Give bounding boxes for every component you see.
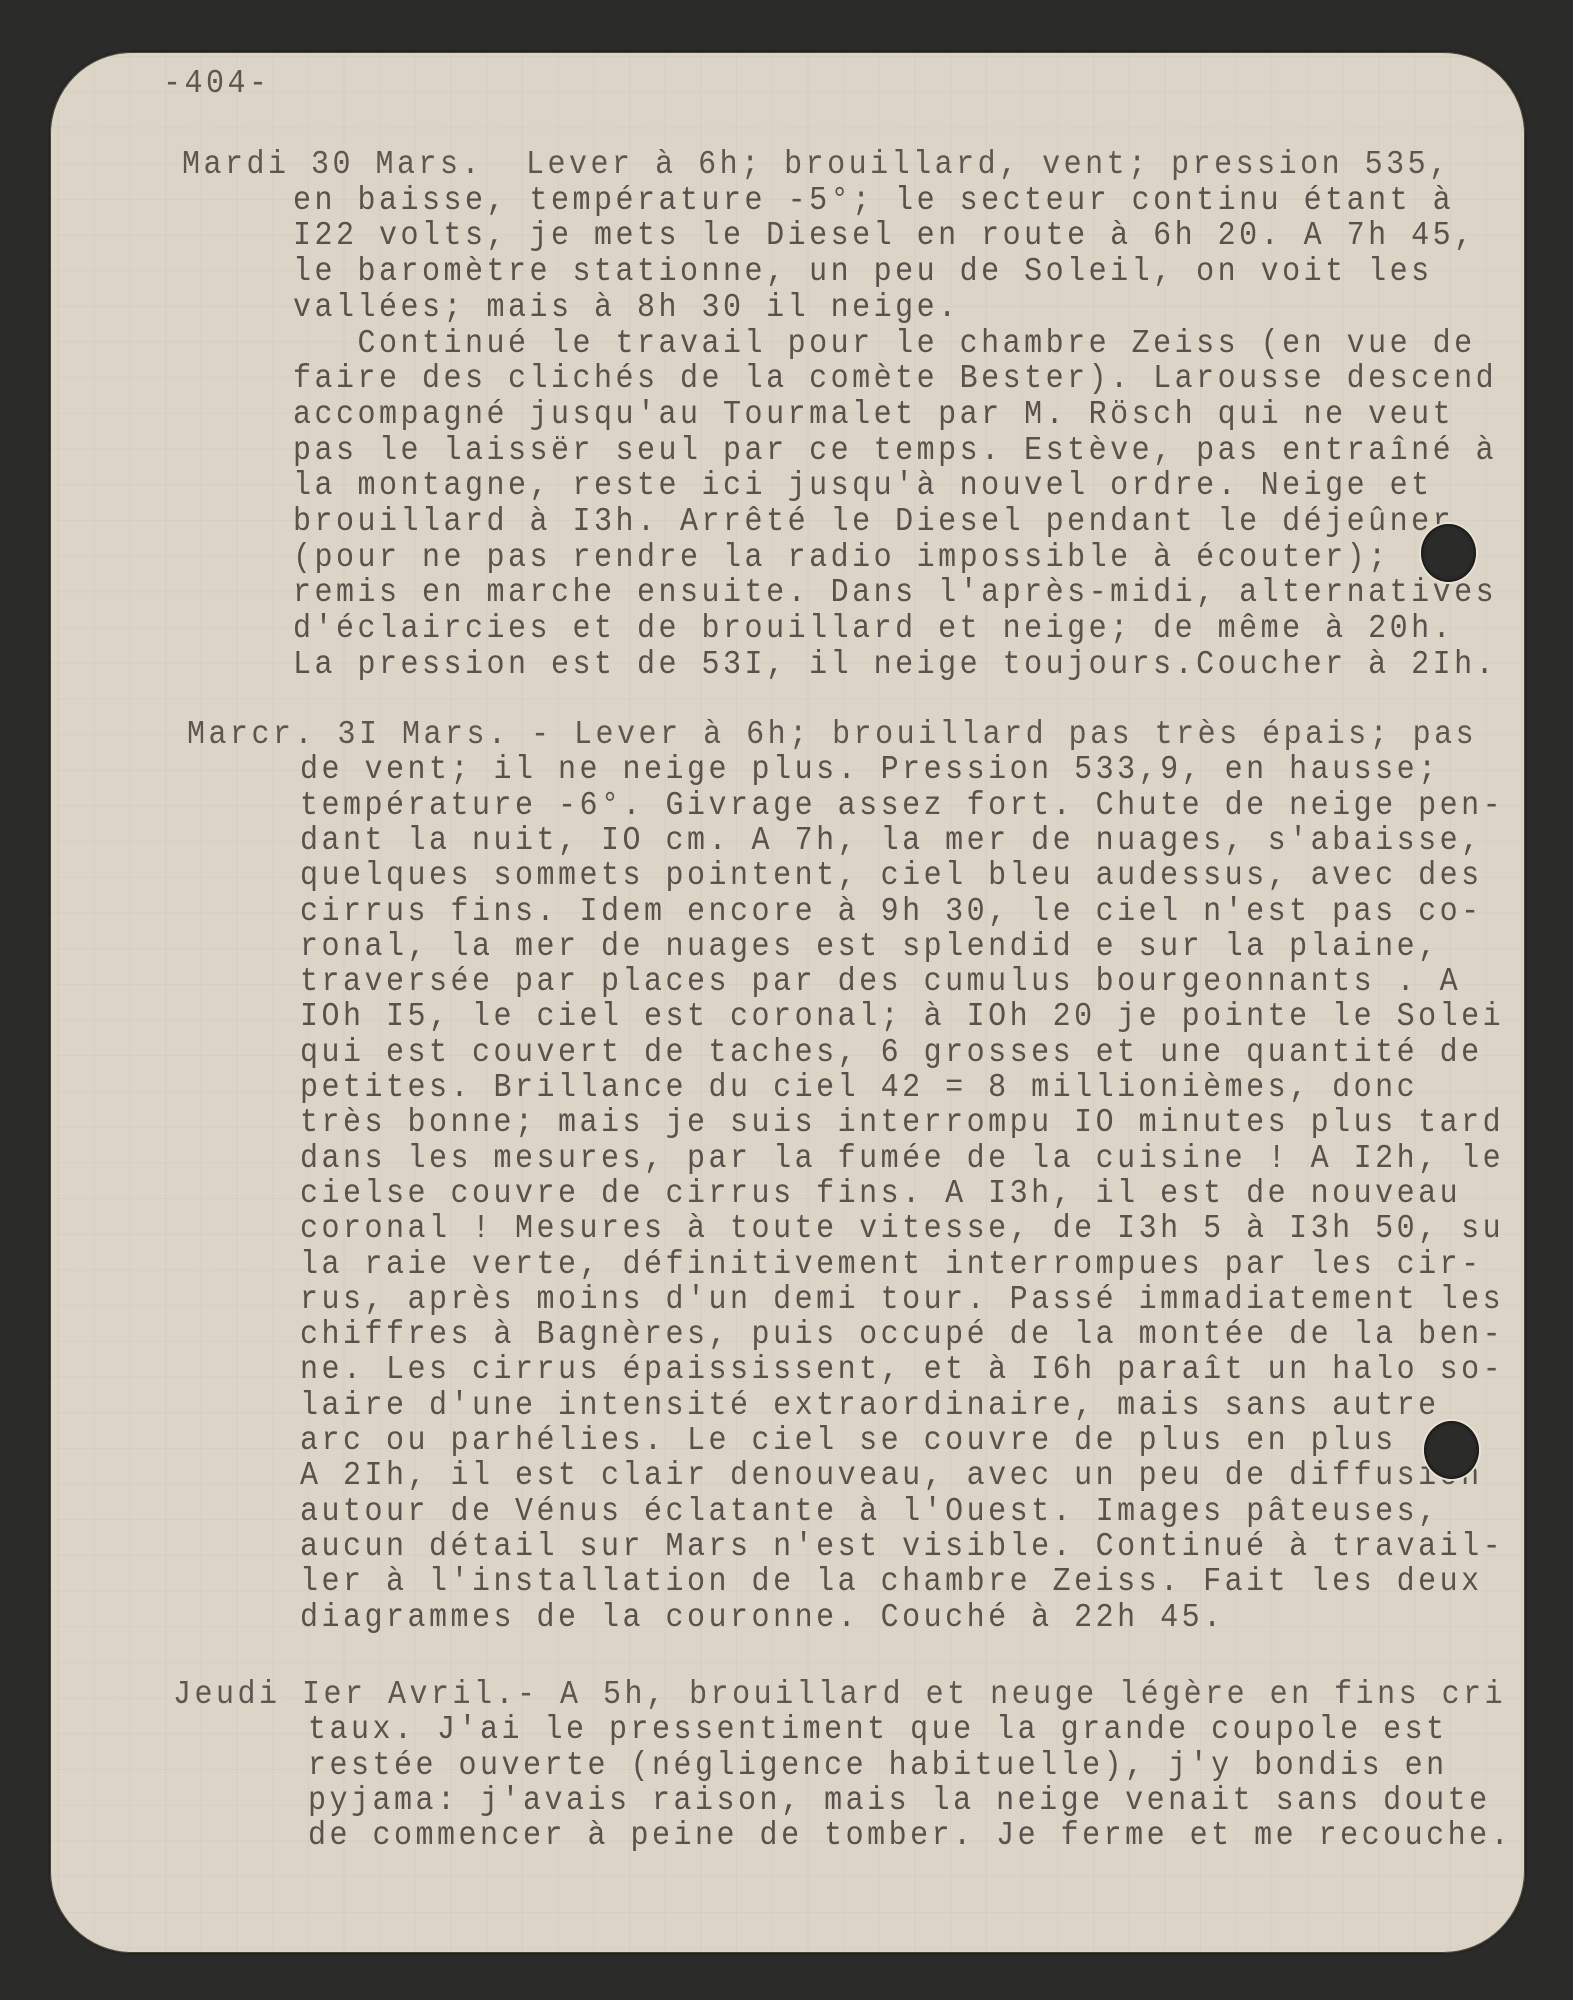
entry-line: cirrus fins. Idem encore à 9h 30, le cie… bbox=[300, 891, 1483, 931]
entry-line: (pour ne pas rendre la radio impossible … bbox=[293, 538, 1390, 578]
punch-hole-upper bbox=[1421, 524, 1476, 582]
entry-line: qui est couvert de taches, 6 grosses et … bbox=[300, 1033, 1483, 1073]
entry-line: ler à l'installation de la chambre Zeiss… bbox=[300, 1562, 1483, 1602]
punch-hole-lower bbox=[1424, 1421, 1479, 1479]
entry-line: I22 volts, je mets le Diesel en route à … bbox=[293, 216, 1476, 256]
entry-line: remis en marche ensuite. Dans l'après-mi… bbox=[293, 573, 1497, 613]
entry-line: en baisse, température -5°; le secteur c… bbox=[293, 181, 1454, 221]
entry-line: température -6°. Givrage assez fort. Chu… bbox=[300, 785, 1504, 825]
entry-line: IOh I5, le ciel est coronal; à IOh 20 je… bbox=[300, 997, 1504, 1037]
entry-line: brouillard à I3h. Arrêté le Diesel penda… bbox=[293, 502, 1454, 542]
entry-line: la raie verte, définitivement interrompu… bbox=[300, 1244, 1483, 1284]
diary-card: -404- Mardi 30 Mars. Lever à 6h; brouill… bbox=[50, 52, 1525, 1953]
entry-line: coronal ! Mesures à toute vitesse, de I3… bbox=[300, 1209, 1504, 1249]
entry-line: très bonne; mais je suis interrompu IO m… bbox=[300, 1103, 1504, 1143]
entry-line: pas le laissër seul par ce temps. Estève… bbox=[293, 430, 1497, 470]
entry-line: vallées; mais à 8h 30 il neige. bbox=[293, 288, 960, 328]
entry-line: laire d'une intensité extraordinaire, ma… bbox=[300, 1386, 1440, 1426]
entry-line: le baromètre stationne, un peu de Soleil… bbox=[293, 252, 1433, 292]
entry-line: diagrammes de la couronne. Couché à 22h … bbox=[300, 1597, 1225, 1637]
entry-line: autour de Vénus éclatante à l'Ouest. Ima… bbox=[300, 1491, 1440, 1531]
entry-line: restée ouverte (négligence habituelle), … bbox=[308, 1745, 1448, 1785]
entry-line: de commencer à peine de tomber. Je ferme… bbox=[308, 1816, 1512, 1856]
entry-line: accompagné jusqu'au Tourmalet par M. Rös… bbox=[293, 395, 1454, 435]
entry-line: quelques sommets pointent, ciel bleu aud… bbox=[300, 856, 1483, 896]
entry-line: ne. Les cirrus épaississent, et à I6h pa… bbox=[300, 1350, 1504, 1390]
entry-line: La pression est de 53I, il neige toujour… bbox=[293, 645, 1497, 685]
entry-line: dans les mesures, par la fumée de la cui… bbox=[300, 1138, 1504, 1178]
page-number: -404- bbox=[163, 64, 271, 104]
entry-line: d'éclaircies et de brouillard et neige; … bbox=[293, 609, 1454, 649]
entry-line: taux. J'ai le pressentiment que la grand… bbox=[308, 1710, 1448, 1750]
entry-line: la montagne, reste ici jusqu'à nouvel or… bbox=[293, 466, 1433, 506]
entry-line: A 2Ih, il est clair denouveau, avec un p… bbox=[300, 1456, 1483, 1496]
entry-line: de vent; il ne neige plus. Pression 533,… bbox=[300, 750, 1440, 790]
entry-line: Continué le travail pour le chambre Zeis… bbox=[293, 323, 1476, 363]
entry-line: faire des clichés de la comète Bester). … bbox=[293, 359, 1497, 399]
entry-line: Mardi 30 Mars. Lever à 6h; brouillard, v… bbox=[182, 145, 1451, 185]
